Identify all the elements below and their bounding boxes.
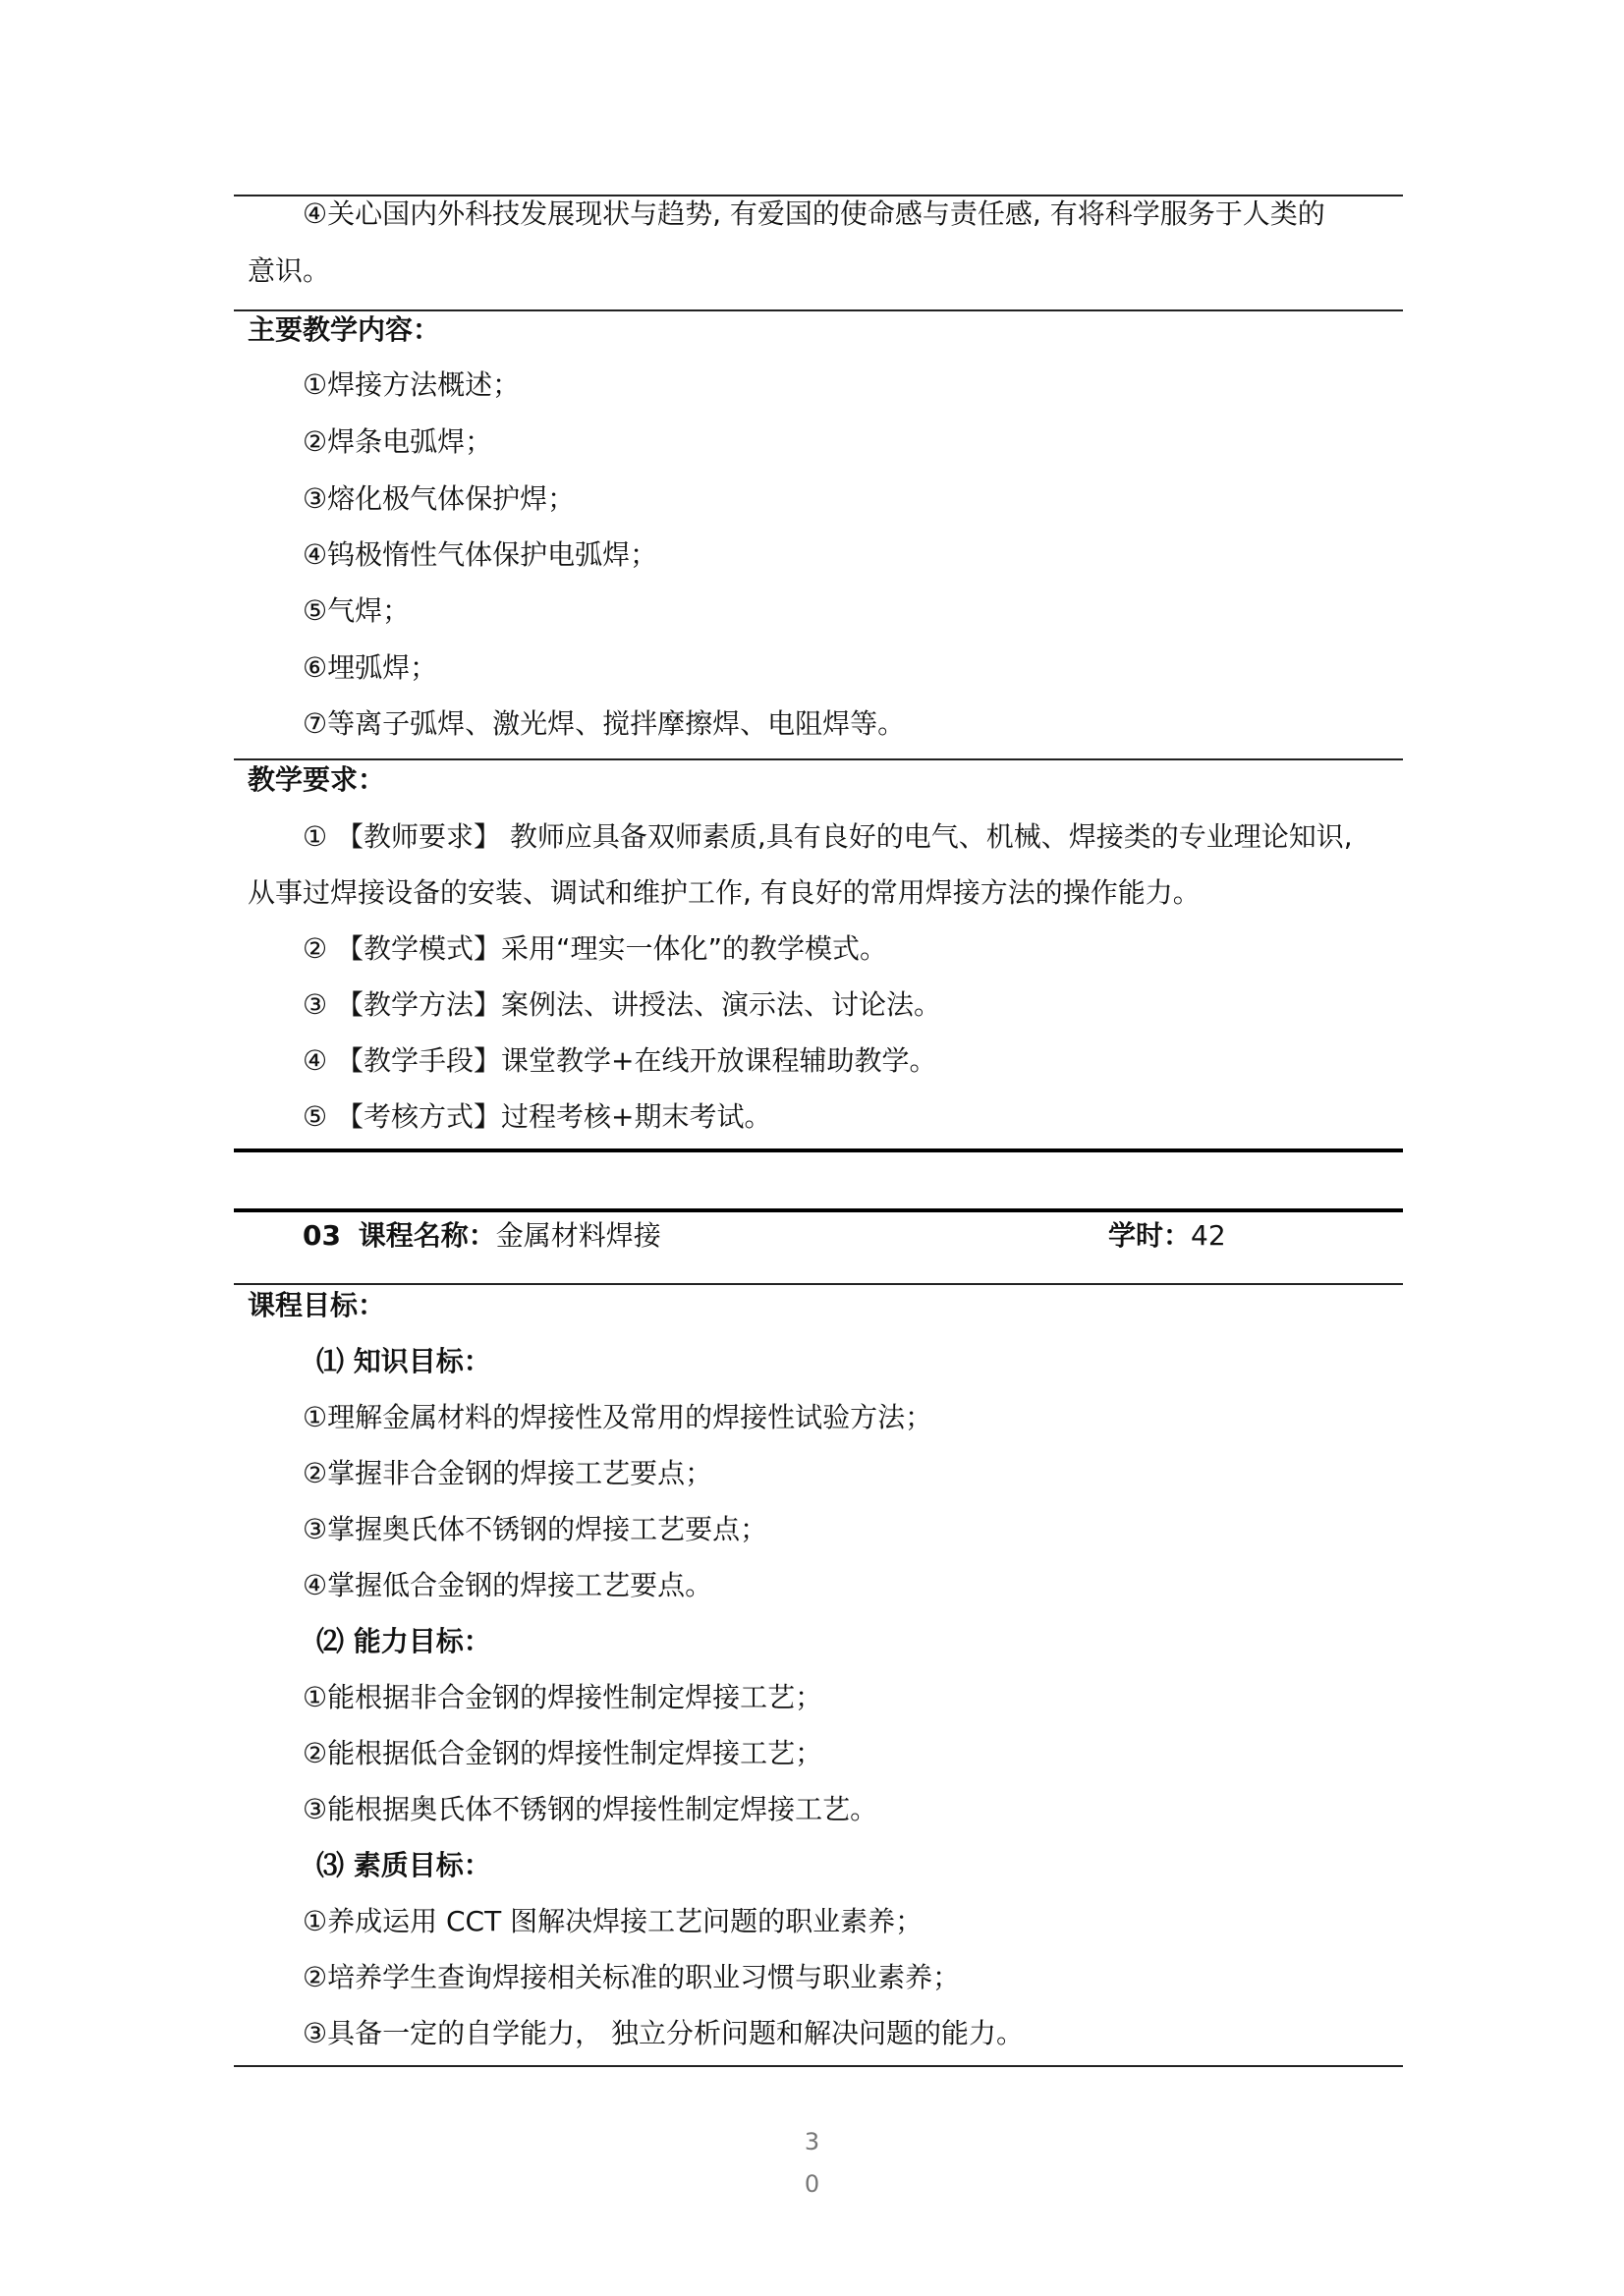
list-item: ⑤ 【考核方式】过程考核+期末考试。 [303,1097,771,1137]
list-item: ② 【教学模式】采用“理实一体化”的教学模式。 [303,929,887,969]
page-number-digit: 0 [0,2170,1624,2198]
hours-value: 42 [1191,1219,1226,1252]
list-item: ③ 【教学方法】案例法、讲授法、演示法、讨论法。 [303,985,941,1025]
course-name-label: 课程名称： [359,1219,496,1252]
hours-label: 学时： [1108,1219,1191,1252]
list-item: ③能根据奥氏体不锈钢的焊接性制定焊接工艺。 [303,1790,877,1829]
list-item: ③熔化极气体保护焊； [303,479,575,519]
list-item: ⑤气焊； [303,591,410,631]
section-heading: 课程目标： [248,1286,385,1325]
page-number-digit: 3 [0,2128,1624,2156]
list-item: ④ 【教学手段】课堂教学+在线开放课程辅助教学。 [303,1041,936,1081]
divider [234,1283,1403,1285]
list-item: ④钨极惰性气体保护电弧焊； [303,535,657,575]
list-item: ②掌握非合金钢的焊接工艺要点； [303,1454,712,1493]
list-item: ①理解金属材料的焊接性及常用的焊接性试验方法； [303,1398,932,1437]
list-item: ⑥埋弧焊； [303,648,437,688]
course-name: 金属材料焊接 [496,1219,661,1252]
list-item: ⑦等离子弧焊、激光焊、搅拌摩擦焊、电阻焊等。 [303,704,905,744]
divider [234,2065,1403,2067]
divider [234,758,1403,760]
list-item: ①焊接方法概述； [303,365,520,405]
list-item: ①能根据非合金钢的焊接性制定焊接工艺； [303,1678,822,1717]
list-item: ②焊条电弧焊； [303,422,492,462]
section-start-rule [234,1208,1403,1212]
course-hours: 学时：42 [1108,1216,1226,1256]
list-item: ① 【教师要求】 教师应具备双师素质,具有良好的电气、机械、焊接类的专业理论知识… [303,817,1353,857]
objective-text: 意识。 [248,252,330,291]
sub-heading: ⑶ 素质目标： [316,1846,491,1885]
sub-heading: ⑵ 能力目标： [316,1622,491,1661]
section-heading: 教学要求： [248,760,385,800]
list-item: ④掌握低合金钢的焊接工艺要点。 [303,1566,712,1605]
course-number: 03 [303,1219,341,1252]
list-item: ②能根据低合金钢的焊接性制定焊接工艺； [303,1734,822,1773]
section-end-rule [234,1148,1403,1152]
list-item: ①养成运用 CCT 图解决焊接工艺问题的职业素养； [303,1902,923,1941]
course-header: 03 课程名称：金属材料焊接 [303,1216,661,1256]
objective-text: ④关心国内外科技发展现状与趋势, 有爱国的使命感与责任感, 有将科学服务于人类的 [303,195,1325,234]
list-item: 从事过焊接设备的安装、调试和维护工作, 有良好的常用焊接方法的操作能力。 [248,873,1201,913]
list-item: ②培养学生查询焊接相关标准的职业习惯与职业素养； [303,1958,960,1997]
sub-heading: ⑴ 知识目标： [316,1342,491,1381]
list-item: ③掌握奥氏体不锈钢的焊接工艺要点； [303,1510,767,1549]
section-heading: 主要教学内容： [248,310,440,350]
list-item: ③具备一定的自学能力， 独立分析问题和解决问题的能力。 [303,2014,1024,2053]
